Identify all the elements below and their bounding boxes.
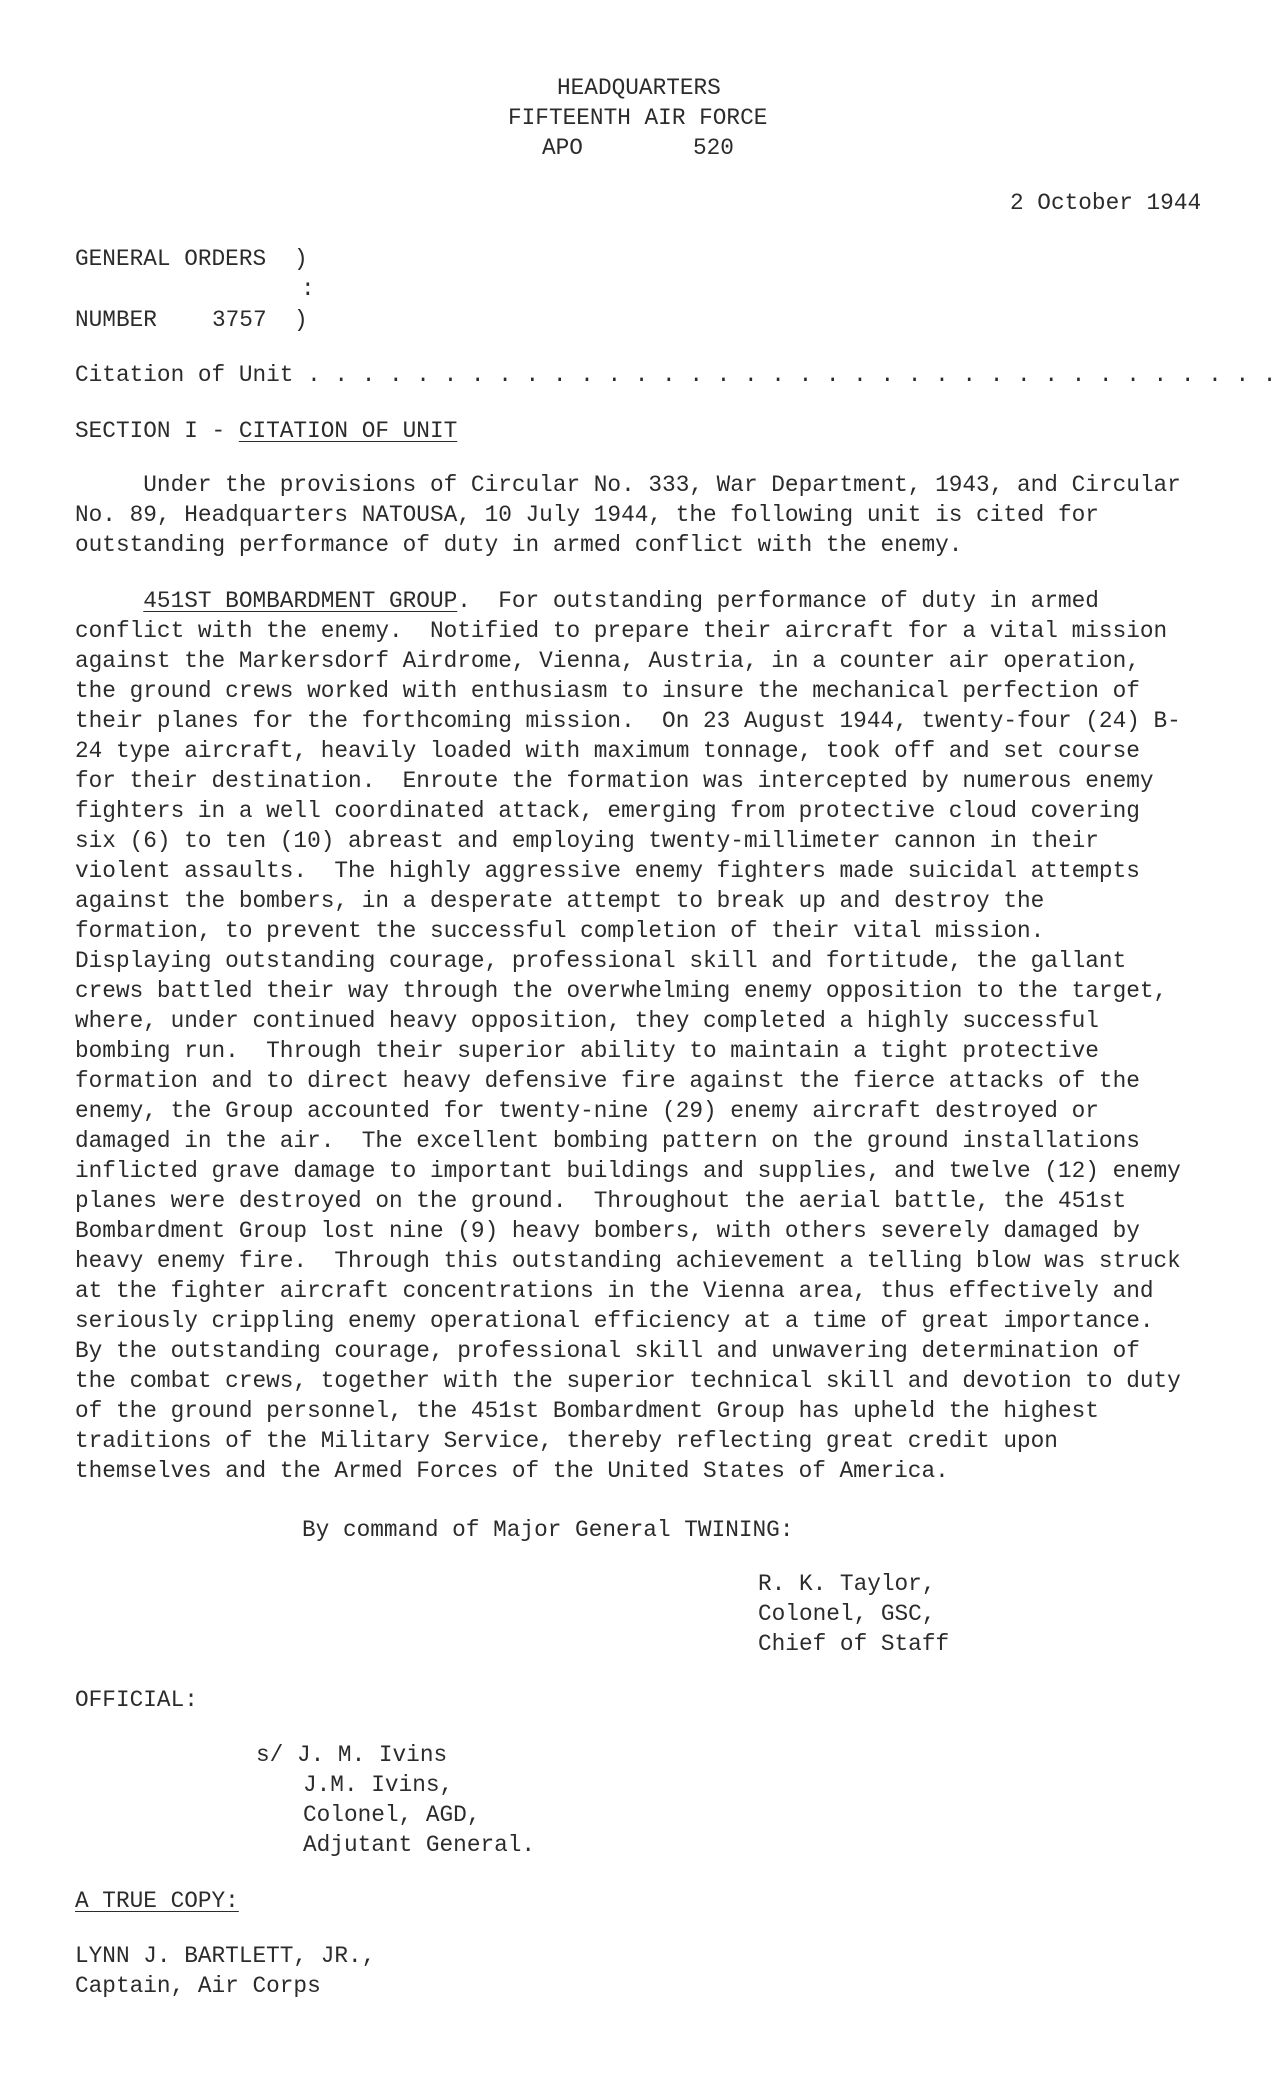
intro-line: Under the provisions of Circular No. 333… xyxy=(75,470,1181,500)
citation-line: 24 type aircraft, heavily loaded with ma… xyxy=(75,736,1140,766)
citation-line: seriously crippling enemy operational ef… xyxy=(75,1306,1154,1336)
general-orders-paren-bottom: ) xyxy=(294,305,308,335)
section-heading-title: CITATION OF UNIT xyxy=(239,418,457,444)
citation-first-line-text: . For outstanding performance of duty in… xyxy=(457,588,1099,614)
citation-line: Displaying outstanding courage, professi… xyxy=(75,946,1126,976)
official-rank: Colonel, AGD, xyxy=(303,1800,480,1830)
citation-line: fighters in a well coordinated attack, e… xyxy=(75,796,1140,826)
citation-line: where, under continued heavy opposition,… xyxy=(75,1006,1099,1036)
citation-line: against the bombers, in a desperate atte… xyxy=(75,886,1044,916)
header-apo-number: 520 xyxy=(693,133,734,163)
citation-line: formation, to prevent the successful com… xyxy=(75,916,1044,946)
true-copy-label: A TRUE COPY: xyxy=(75,1886,239,1916)
citation-line: Bombardment Group lost nine (9) heavy bo… xyxy=(75,1216,1140,1246)
citation-line: the combat crews, together with the supe… xyxy=(75,1366,1181,1396)
general-orders-colon: : xyxy=(301,274,315,304)
header-headquarters: HEADQUARTERS xyxy=(557,73,721,103)
general-orders-number-label: NUMBER xyxy=(75,305,157,335)
signatory-name: R. K. Taylor, xyxy=(758,1569,935,1599)
general-orders-number: 3757 xyxy=(212,305,267,335)
header-air-force: FIFTEENTH AIR FORCE xyxy=(508,103,767,133)
citation-line: inflicted grave damage to important buil… xyxy=(75,1156,1181,1186)
citation-line: for their destination. Enroute the forma… xyxy=(75,766,1154,796)
document-date: 2 October 1944 xyxy=(1010,188,1201,218)
true-copy-rank: Captain, Air Corps xyxy=(75,1971,321,2001)
citation-line: violent assaults. The highly aggressive … xyxy=(75,856,1140,886)
citation-unit-name: 451ST BOMBARDMENT GROUP xyxy=(143,588,457,614)
citation-line: planes were destroyed on the ground. Thr… xyxy=(75,1186,1126,1216)
command-line: By command of Major General TWINING: xyxy=(302,1515,793,1545)
citation-line: bombing run. Through their superior abil… xyxy=(75,1036,1099,1066)
true-copy-name: LYNN J. BARTLETT, JR., xyxy=(75,1941,375,1971)
citation-line: themselves and the Armed Forces of the U… xyxy=(75,1456,949,1486)
header-apo-label: APO xyxy=(542,133,583,163)
citation-line: traditions of the Military Service, ther… xyxy=(75,1426,1058,1456)
signatory-rank: Colonel, GSC, xyxy=(758,1599,935,1629)
citation-first-line: 451ST BOMBARDMENT GROUP. For outstanding… xyxy=(75,586,1099,616)
signatory-title: Chief of Staff xyxy=(758,1629,949,1659)
section-heading: SECTION I - CITATION OF UNIT xyxy=(75,416,457,446)
citation-line: six (6) to ten (10) abreast and employin… xyxy=(75,826,1099,856)
contents-item-label: Citation of Unit xyxy=(75,362,293,388)
citation-line: their planes for the forthcoming mission… xyxy=(75,706,1181,736)
citation-line: at the fighter aircraft concentrations i… xyxy=(75,1276,1154,1306)
intro-line: No. 89, Headquarters NATOUSA, 10 July 19… xyxy=(75,500,1099,530)
official-title: Adjutant General. xyxy=(303,1830,535,1860)
citation-line: enemy, the Group accounted for twenty-ni… xyxy=(75,1096,1099,1126)
citation-line: formation and to direct heavy defensive … xyxy=(75,1066,1140,1096)
contents-leader-dots: . . . . . . . . . . . . . . . . . . . . … xyxy=(307,362,1275,388)
general-orders-paren-top: ) xyxy=(294,244,308,274)
citation-line: the ground crews worked with enthusiasm … xyxy=(75,676,1140,706)
general-orders-label: GENERAL ORDERS xyxy=(75,244,266,274)
citation-line: By the outstanding courage, professional… xyxy=(75,1336,1140,1366)
section-heading-prefix: SECTION I - xyxy=(75,418,239,444)
citation-line: heavy enemy fire. Through this outstandi… xyxy=(75,1246,1181,1276)
official-name: J.M. Ivins, xyxy=(303,1770,453,1800)
citation-line: crews battled their way through the over… xyxy=(75,976,1167,1006)
citation-line: conflict with the enemy. Notified to pre… xyxy=(75,616,1167,646)
intro-line: outstanding performance of duty in armed… xyxy=(75,530,962,560)
citation-line: of the ground personnel, the 451st Bomba… xyxy=(75,1396,1099,1426)
official-label: OFFICIAL: xyxy=(75,1685,198,1715)
contents-item: Citation of Unit . . . . . . . . . . . .… xyxy=(75,360,1275,390)
official-signature: s/ J. M. Ivins xyxy=(256,1740,447,1770)
citation-line: against the Markersdorf Airdrome, Vienna… xyxy=(75,646,1140,676)
citation-line: damaged in the air. The excellent bombin… xyxy=(75,1126,1140,1156)
